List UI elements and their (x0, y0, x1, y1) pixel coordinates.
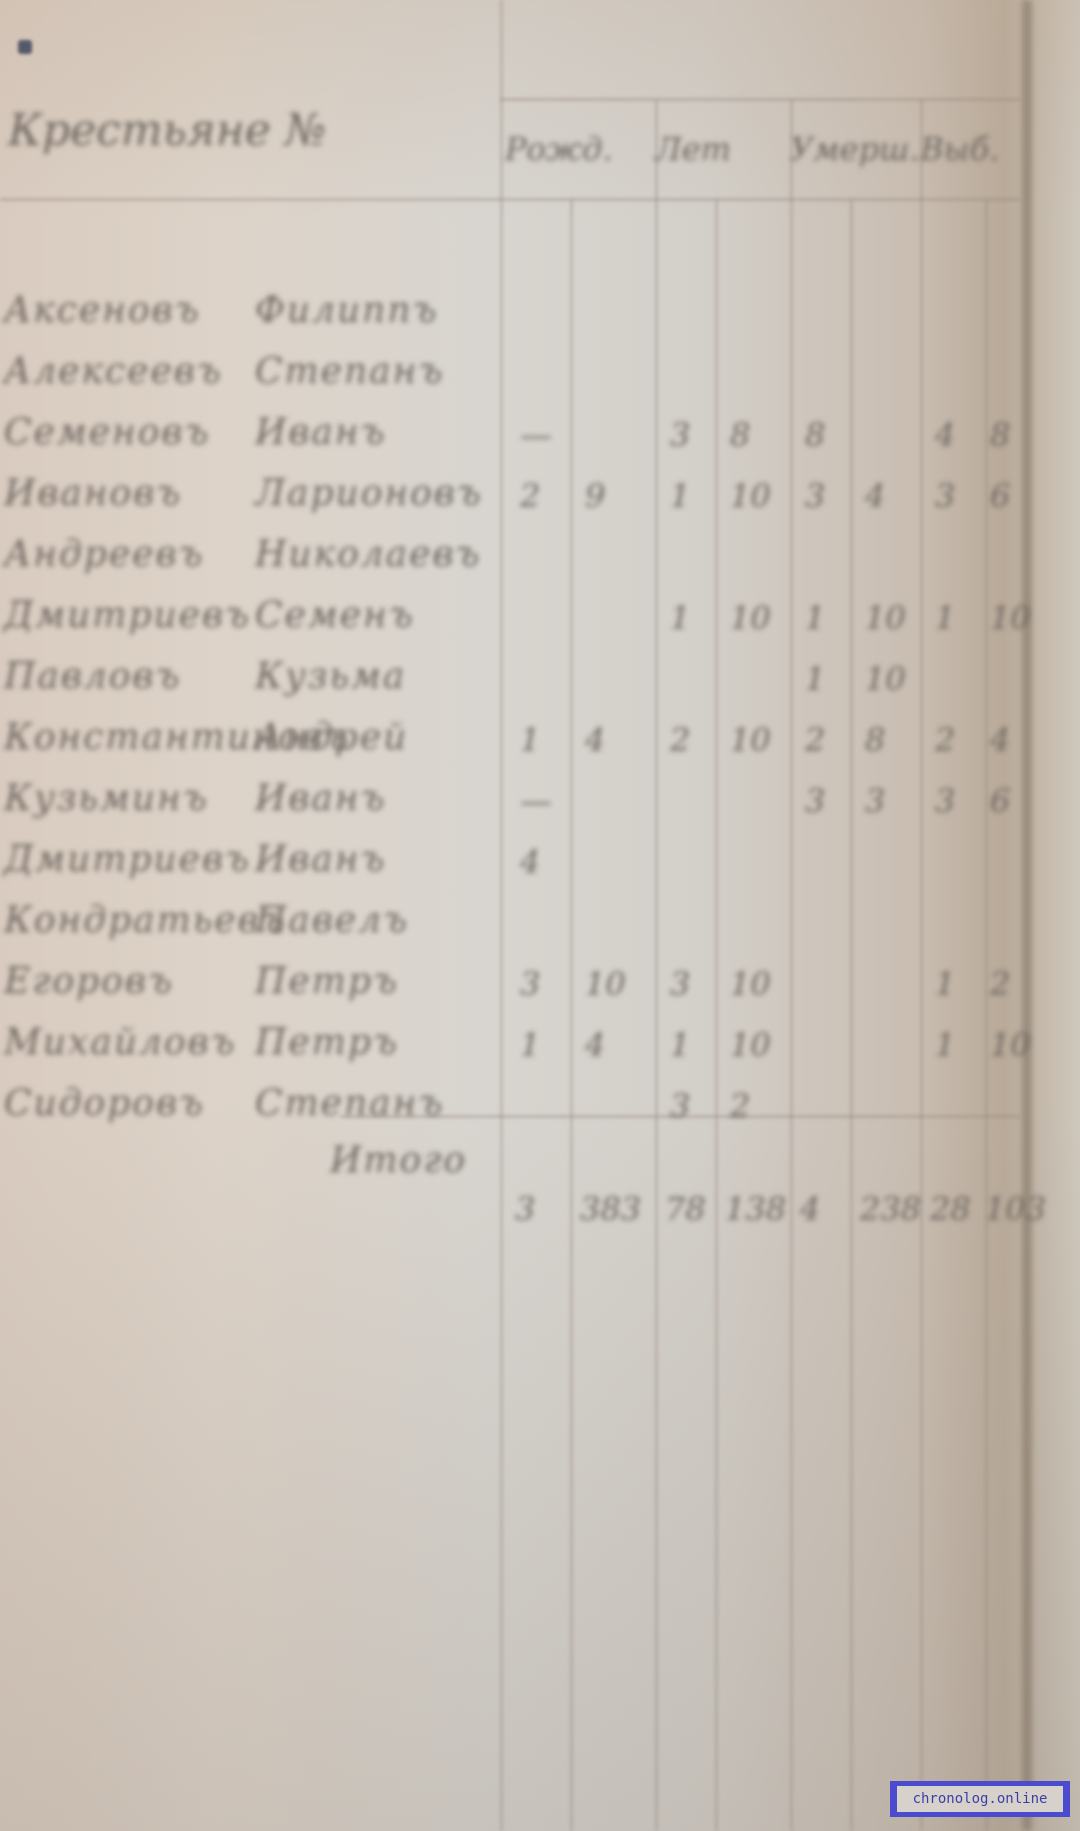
column-rule (715, 200, 718, 1831)
row-cell: 3 (670, 416, 690, 454)
column-header: Рожд. (505, 130, 613, 168)
row-surname: Алексеевъ (4, 351, 223, 392)
row-cell: 10 (730, 477, 771, 515)
column-header: Выб. (920, 130, 999, 168)
row-cell: 3 (935, 782, 955, 820)
row-cell: 4 (520, 843, 540, 881)
total-cell: 138 (725, 1190, 786, 1228)
row-cell: — (520, 416, 552, 454)
watermark-text: chronolog.online (897, 1786, 1063, 1812)
column-rule (570, 200, 573, 1831)
header-bottom-rule (0, 198, 1020, 201)
row-cell: 1 (935, 1026, 955, 1064)
watermark-badge: chronolog.online (890, 1781, 1070, 1817)
row-cell: 2 (805, 721, 825, 759)
column-rule (655, 100, 658, 1831)
column-rule (500, 0, 503, 1831)
row-surname: Кондратьевъ (4, 900, 287, 941)
total-cell: 383 (580, 1190, 641, 1228)
row-given-name: Петръ (255, 1022, 399, 1063)
row-cell: 10 (730, 1026, 771, 1064)
row-cell: 9 (585, 477, 605, 515)
row-given-name: Иванъ (255, 839, 387, 880)
row-cell: 3 (520, 965, 540, 1003)
row-surname: Егоровъ (4, 961, 174, 1002)
total-cell: 3 (515, 1190, 535, 1228)
row-cell: 3 (805, 782, 825, 820)
row-given-name: Кузьма (255, 656, 406, 697)
row-given-name: Семенъ (255, 595, 415, 636)
page-edge (1022, 0, 1032, 1831)
row-cell: 8 (805, 416, 825, 454)
row-surname: Михайловъ (4, 1022, 237, 1063)
row-cell: 6 (990, 782, 1010, 820)
row-surname: Дмитриевъ (4, 839, 251, 880)
row-cell: 1 (670, 599, 690, 637)
row-given-name: Степанъ (255, 1083, 444, 1124)
row-surname: Кузьминъ (4, 778, 209, 819)
totals-label: Итого (330, 1140, 467, 1181)
row-cell: 4 (585, 1026, 605, 1064)
row-cell: 2 (520, 477, 540, 515)
page-header-title: Крестьяне № (8, 105, 326, 156)
row-cell: 1 (935, 599, 955, 637)
row-surname: Дмитриевъ (4, 595, 251, 636)
row-given-name: Степанъ (255, 351, 444, 392)
row-given-name: Иванъ (255, 412, 387, 453)
row-cell: 10 (730, 599, 771, 637)
row-given-name: Петръ (255, 961, 399, 1002)
row-given-name: Павелъ (255, 900, 409, 941)
column-rule (790, 100, 793, 1831)
row-cell: 10 (865, 660, 906, 698)
total-cell: 103 (985, 1190, 1046, 1228)
row-cell: 4 (865, 477, 885, 515)
column-rule (850, 200, 853, 1831)
column-rule (920, 100, 923, 1831)
row-cell: 4 (585, 721, 605, 759)
row-cell: 3 (865, 782, 885, 820)
row-cell: 1 (520, 1026, 540, 1064)
row-cell: 2 (935, 721, 955, 759)
row-cell: 8 (990, 416, 1010, 454)
row-cell: 4 (990, 721, 1010, 759)
row-given-name: Филиппъ (255, 290, 439, 331)
row-cell: 1 (935, 965, 955, 1003)
column-rule (985, 200, 988, 1831)
row-given-name: Андрей (255, 717, 408, 758)
row-cell: 3 (805, 477, 825, 515)
bullet-mark-icon (18, 40, 32, 54)
row-surname: Сидоровъ (4, 1083, 205, 1124)
row-cell: 3 (670, 1087, 690, 1125)
row-surname: Аксеновъ (4, 290, 201, 331)
row-cell: 1 (670, 1026, 690, 1064)
total-cell: 28 (930, 1190, 971, 1228)
row-cell: 6 (990, 477, 1010, 515)
row-cell: 4 (935, 416, 955, 454)
row-surname: Андреевъ (4, 534, 204, 575)
row-surname: Семеновъ (4, 412, 210, 453)
row-cell: 10 (730, 721, 771, 759)
row-cell: 2 (990, 965, 1010, 1003)
row-given-name: Николаевъ (255, 534, 481, 575)
total-cell: 238 (860, 1190, 921, 1228)
column-header: Лет (655, 130, 731, 168)
row-cell: 10 (990, 599, 1031, 637)
row-given-name: Иванъ (255, 778, 387, 819)
row-cell: 10 (990, 1026, 1031, 1064)
total-cell: 4 (800, 1190, 820, 1228)
row-cell: 2 (670, 721, 690, 759)
row-cell: 10 (585, 965, 626, 1003)
row-given-name: Ларионовъ (255, 473, 483, 514)
header-rule (500, 98, 1020, 101)
row-cell: 1 (805, 660, 825, 698)
row-surname: Павловъ (4, 656, 181, 697)
column-header: Умерш. (790, 130, 920, 168)
row-cell: 10 (865, 599, 906, 637)
row-surname: Ивановъ (4, 473, 182, 514)
row-cell: 2 (730, 1087, 750, 1125)
row-cell: 3 (670, 965, 690, 1003)
row-cell: 1 (520, 721, 540, 759)
row-cell: — (520, 782, 552, 820)
row-cell: 8 (730, 416, 750, 454)
row-cell: 1 (670, 477, 690, 515)
row-cell: 8 (865, 721, 885, 759)
row-cell: 10 (730, 965, 771, 1003)
total-cell: 78 (665, 1190, 706, 1228)
row-cell: 1 (805, 599, 825, 637)
row-cell: 3 (935, 477, 955, 515)
